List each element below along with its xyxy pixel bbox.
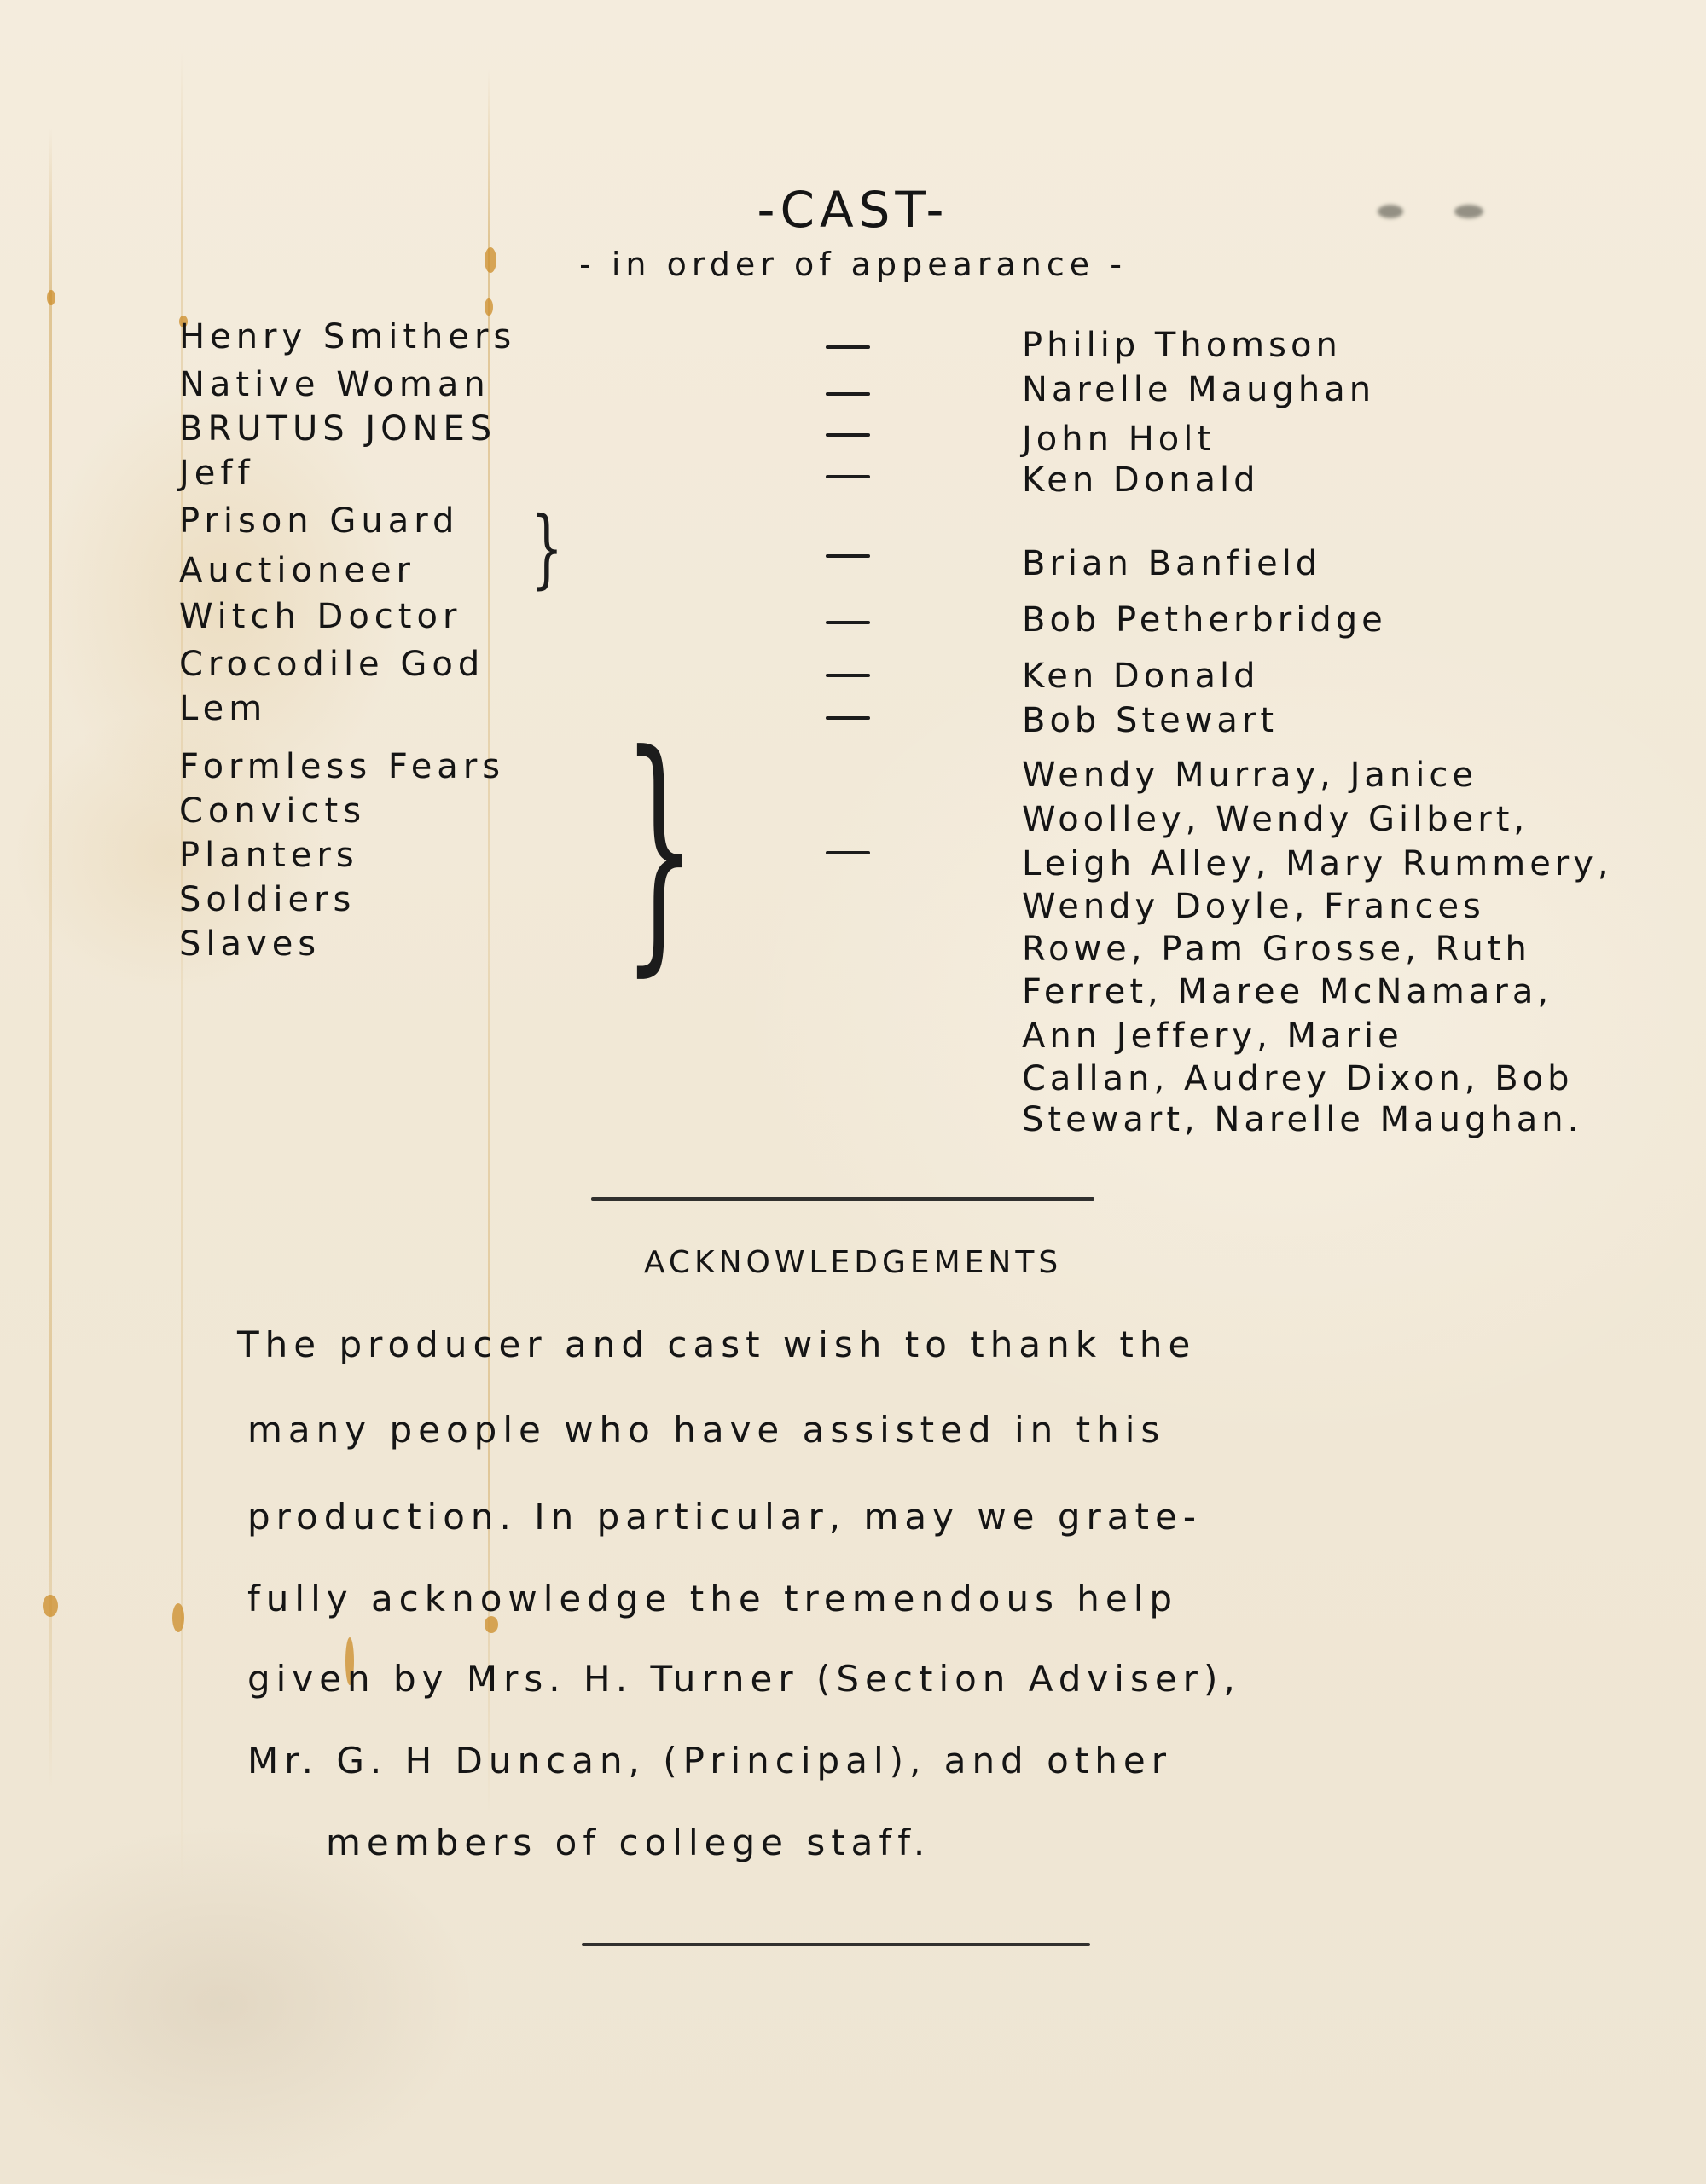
dash-separator <box>826 554 870 558</box>
role-prison-guard: Prison Guard <box>179 501 459 541</box>
actor-john-holt: John Holt <box>1022 420 1215 459</box>
group-actors-line: Callan, Audrey Dixon, Bob <box>1022 1059 1574 1098</box>
actor-bob-petherbridge: Bob Petherbridge <box>1022 600 1387 640</box>
role-auctioneer: Auctioneer <box>179 551 415 590</box>
divider-bottom <box>582 1943 1090 1946</box>
role-planters: Planters <box>179 836 359 875</box>
program-page: -CAST- - in order of appearance - Henry … <box>0 0 1706 2184</box>
group-actors-line: Ann Jeffery, Marie <box>1022 1017 1403 1056</box>
role-crocodile-god: Crocodile God <box>179 645 485 684</box>
group-actors-line: Wendy Murray, Janice <box>1022 756 1477 795</box>
actor-narelle-maughan: Narelle Maughan <box>1022 370 1375 409</box>
role-witch-doctor: Witch Doctor <box>179 597 461 636</box>
acknowledgement-line: The producer and cast wish to thank the <box>237 1324 1196 1365</box>
role-henry-smithers: Henry Smithers <box>179 317 516 356</box>
dash-separator <box>826 674 870 677</box>
brace-group-roles: } <box>623 721 696 977</box>
actor-brian-banfield: Brian Banfield <box>1022 544 1321 583</box>
group-actors-line: Ferret, Maree McNamara, <box>1022 972 1552 1011</box>
dash-separator <box>826 433 870 437</box>
role-convicts: Convicts <box>179 791 366 831</box>
fold-stain-left <box>49 128 52 1791</box>
dash-separator <box>826 475 870 478</box>
dash-separator <box>826 345 870 349</box>
group-actors-line: Woolley, Wendy Gilbert, <box>1022 800 1529 839</box>
actor-bob-stewart: Bob Stewart <box>1022 701 1278 740</box>
group-actors-line: Leigh Alley, Mary Rummery, <box>1022 844 1613 883</box>
actor-ken-donald: Ken Donald <box>1022 461 1260 500</box>
role-brutus-jones: BRUTUS JONES <box>179 409 496 449</box>
dash-separator <box>826 621 870 624</box>
group-actors-line: Stewart, Narelle Maughan. <box>1022 1100 1582 1139</box>
acknowledgement-line: members of college staff. <box>326 1822 931 1863</box>
rust-spot <box>43 1595 58 1617</box>
role-formless-fears: Formless Fears <box>179 747 505 786</box>
group-actors-line: Wendy Doyle, Frances <box>1022 887 1485 926</box>
acknowledgements-heading: ACKNOWLEDGEMENTS <box>0 1245 1706 1280</box>
rust-spot <box>47 290 55 305</box>
divider-top <box>591 1197 1094 1201</box>
rust-spot <box>485 298 493 316</box>
brace-prison-guard-auctioneer: } <box>531 498 563 598</box>
actor-ken-donald-2: Ken Donald <box>1022 657 1260 696</box>
acknowledgement-line: given by Mrs. H. Turner (Section Adviser… <box>247 1658 1241 1700</box>
dash-separator <box>826 392 870 396</box>
role-jeff: Jeff <box>179 454 255 493</box>
group-actors-line: Rowe, Pam Grosse, Ruth <box>1022 930 1531 969</box>
cast-title: -CAST- <box>0 181 1706 239</box>
acknowledgement-line: production. In particular, may we grate- <box>247 1496 1202 1538</box>
dash-separator <box>826 851 870 854</box>
rust-spot <box>172 1603 184 1632</box>
acknowledgement-line: fully acknowledge the tremendous help <box>247 1578 1178 1619</box>
role-native-woman: Native Woman <box>179 365 490 404</box>
role-slaves: Slaves <box>179 924 321 964</box>
role-soldiers: Soldiers <box>179 880 356 919</box>
role-lem: Lem <box>179 689 267 728</box>
cast-subtitle: - in order of appearance - <box>0 246 1706 283</box>
acknowledgement-line: many people who have assisted in this <box>247 1409 1165 1451</box>
acknowledgement-line: Mr. G. H Duncan, (Principal), and other <box>247 1740 1172 1781</box>
actor-philip-thomson: Philip Thomson <box>1022 326 1342 365</box>
dash-separator <box>826 716 870 720</box>
